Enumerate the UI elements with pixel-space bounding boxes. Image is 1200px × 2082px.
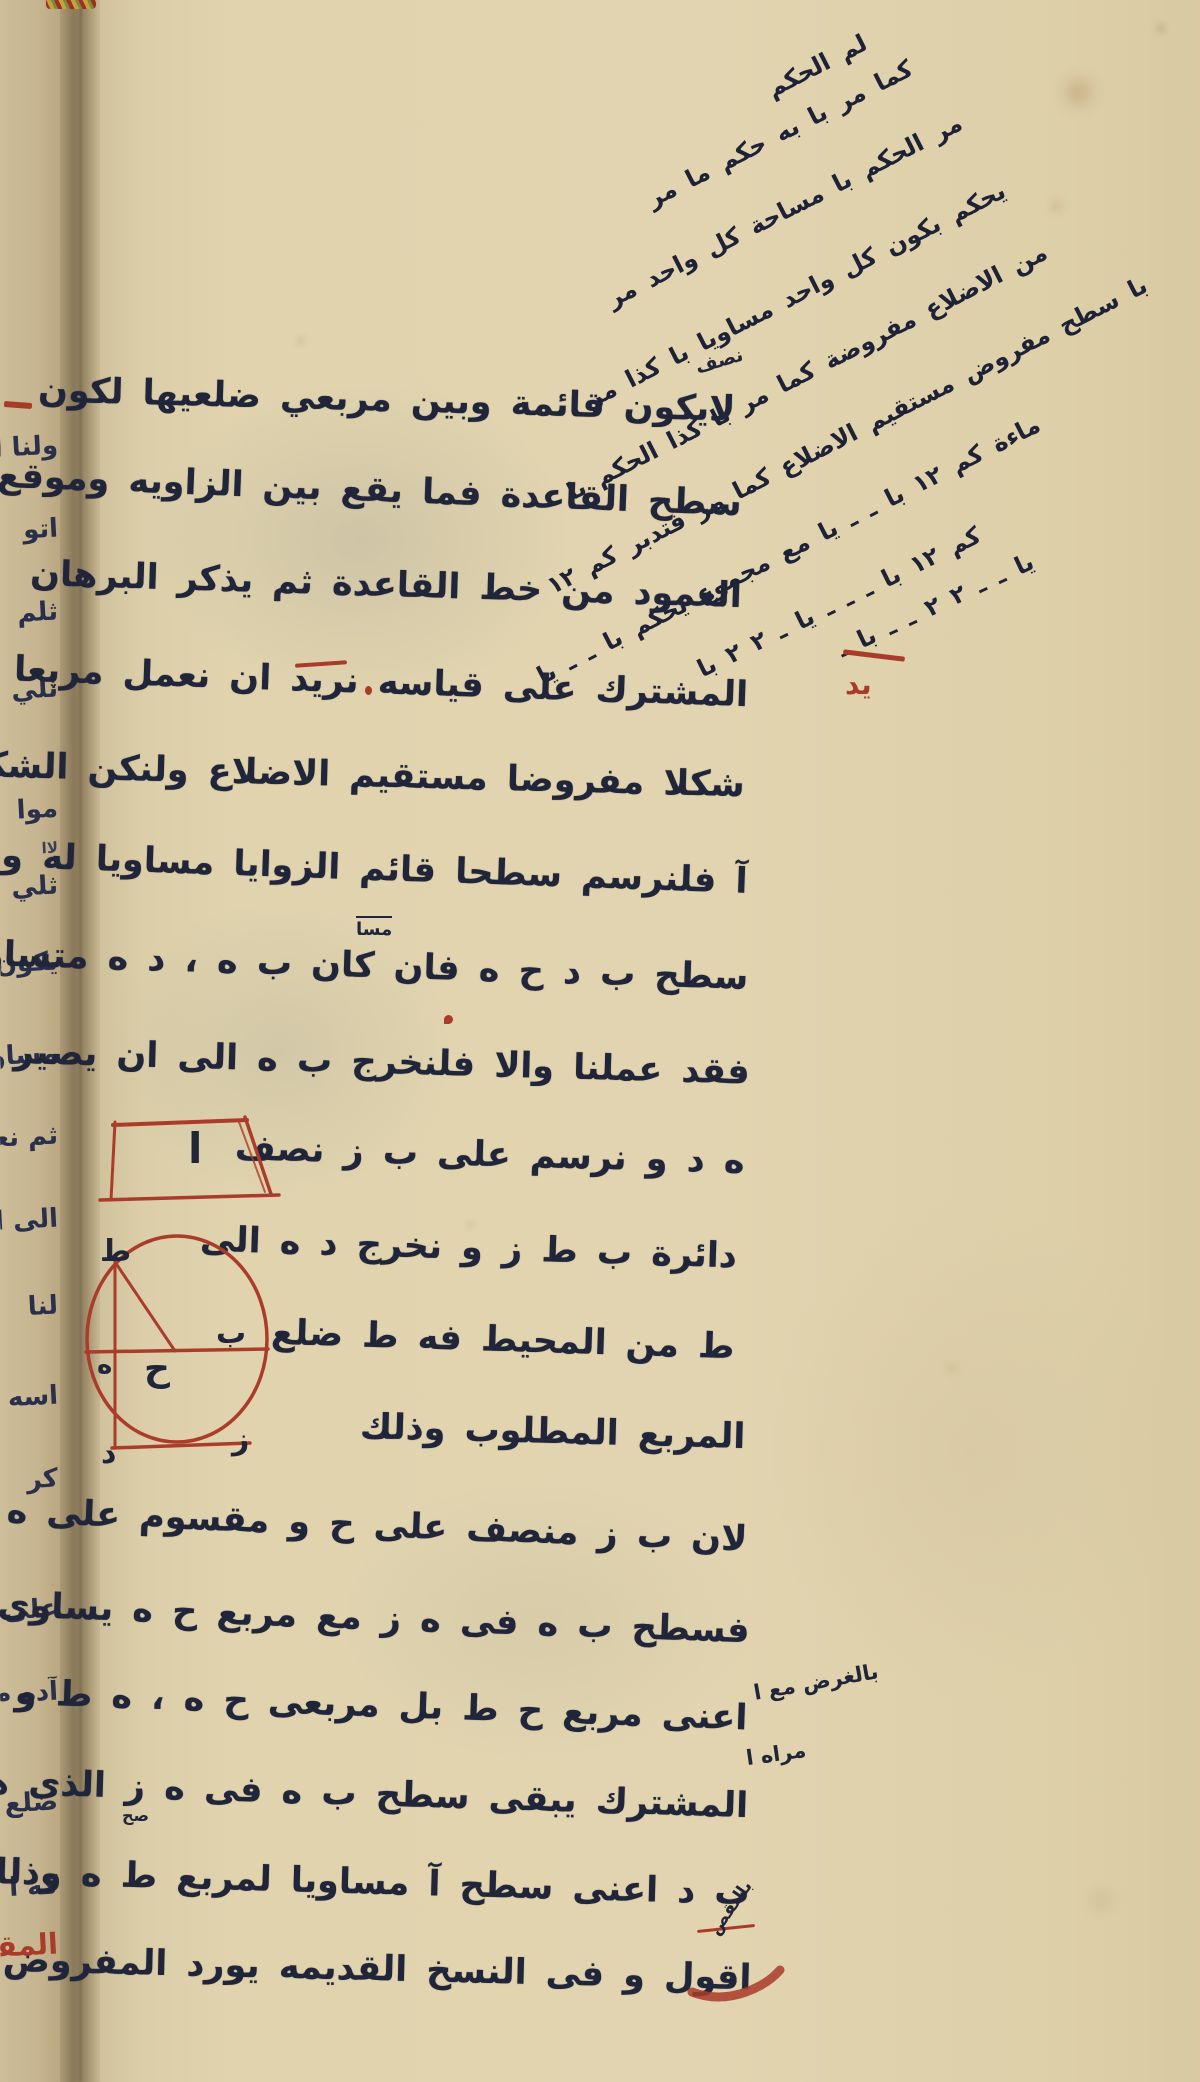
figure-bottom-edge	[100, 1195, 279, 1200]
facing-page-fragment: ثم نعم	[0, 1121, 59, 1154]
circle-label-ba: ب	[216, 1316, 246, 1351]
red-dot-mark	[444, 1015, 453, 1024]
circle-diagram	[58, 1222, 308, 1472]
circle-label-dal: د	[101, 1436, 116, 1471]
radius-line	[115, 1262, 175, 1351]
manuscript-page-scan: ولنا ا اتو ثلم ثلي موا لاا ثلي يكون مساو…	[0, 0, 1200, 2082]
circle-label-za: ز	[232, 1422, 249, 1457]
figure-left-edge	[111, 1122, 115, 1200]
red-dot-mark	[365, 686, 372, 695]
figure-label-alif: ا	[188, 1124, 202, 1173]
red-swash-stroke	[692, 1970, 780, 1997]
facing-page-fragment: الى ا	[0, 1204, 59, 1237]
facing-page-fragment: اتو	[0, 514, 59, 547]
proposition-number: يد	[845, 668, 872, 701]
circle-label-ha-center: ح	[144, 1348, 170, 1389]
facing-page-fragment: اسه	[0, 1381, 59, 1414]
correction-mark-sah: صح	[122, 1806, 149, 1825]
facing-page-fragment: لنا	[0, 1291, 59, 1324]
binding-headband	[46, 0, 96, 9]
bottom-line	[112, 1443, 250, 1448]
figure-top-edge	[113, 1120, 247, 1125]
red-swash-under-aqul	[688, 1962, 783, 2002]
circle-label-ta: ط	[100, 1234, 131, 1269]
circle-label-ha-left: ه	[97, 1350, 112, 1380]
facing-page-fragment: موا	[0, 794, 59, 827]
interlinear-note-masa: مسا	[356, 916, 392, 940]
figure-right-edge	[245, 1117, 271, 1194]
facing-page-fragment: ثلم	[0, 597, 59, 630]
